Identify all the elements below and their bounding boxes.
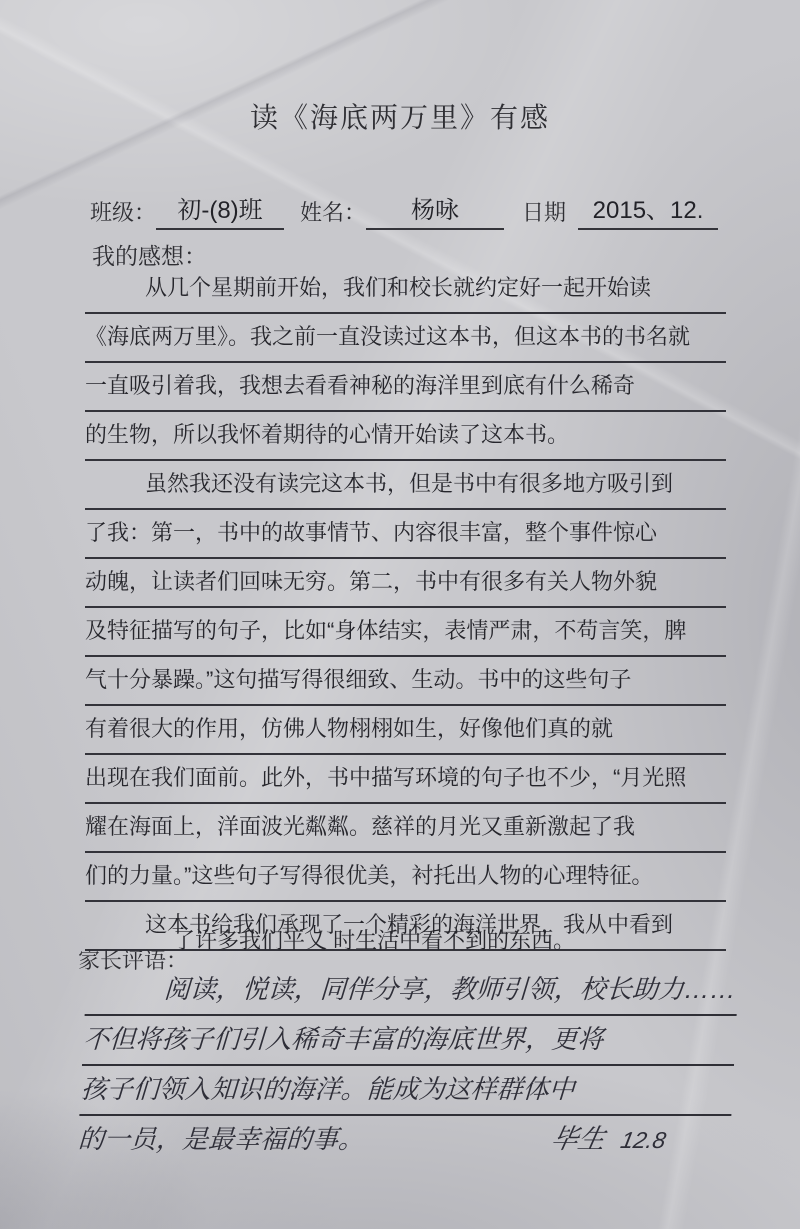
essay-line: 耀在海面上，洋面波光粼粼。慈祥的月光又重新激起了我 (85, 804, 726, 853)
essay-line: 及特征描写的句子，比如“身体结实，表情严肃，不苟言笑，脾 (85, 608, 726, 657)
parent-line: 不但将孩子们引入稀奇丰富的海底世界，更将 (82, 1016, 737, 1066)
header-meta-row: 班级： 初-(8)班 姓名： 杨咏 日期 2015、12. (90, 194, 730, 230)
parent-last-line: 的一员，是最幸福的事。 毕生 12.8 (77, 1116, 732, 1164)
essay-line: 了我：第一，书中的故事情节、内容很丰富，整个事件惊心 (85, 510, 726, 559)
class-label: 班级： (90, 196, 156, 230)
essay-line: 出现在我们面前。此外，书中描写环境的句子也不少，“月光照 (85, 755, 726, 804)
date-label: 日期 (522, 196, 566, 230)
essay-line: 《海底两万里》。我之前一直没读过这本书，但这本书的书名就 (85, 314, 726, 363)
class-value-handwritten: 初-(8)班 (156, 194, 284, 230)
essay-line: 从几个星期前开始，我们和校长就约定好一起开始读 (85, 265, 726, 314)
essay-line: 们的力量。”这些句子写得很优美，衬托出人物的心理特征。 (85, 853, 726, 902)
name-value-handwritten: 杨咏 (366, 194, 504, 230)
essay-line: 虽然我还没有读完这本书，但是书中有很多地方吸引到 (85, 461, 726, 510)
paper-photo: 读《海底两万里》有感 班级： 初-(8)班 姓名： 杨咏 日期 2015、12.… (0, 0, 800, 1229)
parent-signature-block: 毕生 12.8 (547, 1116, 671, 1163)
essay-line: 一直吸引着我，我想去看看神秘的海洋里到底有什么稀奇 (85, 363, 726, 412)
parent-line: 阅读，悦读，同伴分享，教师引领，校长助力…… (85, 966, 740, 1016)
essay-line: 有着很大的作用，仿佛人物栩栩如生，好像他们真的就 (85, 706, 726, 755)
essay-last-line: 了许多我们平乂 时生活中看不到的东西。 (173, 924, 575, 955)
parent-line: 孩子们领入知识的海洋。能成为这样群体中 (79, 1066, 734, 1116)
essay-line: 动魄，让读者们回味无穷。第二，书中有很多有关人物外貌 (85, 559, 726, 608)
essay-title: 读《海底两万里》有感 (0, 96, 800, 136)
name-label: 姓名： (300, 196, 366, 230)
essay-line: 的生物，所以我怀着期待的心情开始读了这本书。 (85, 412, 726, 461)
parent-line: 的一员，是最幸福的事。 (77, 1116, 365, 1162)
parent-signature-date: 12.8 (617, 1117, 671, 1163)
essay-line: 气十分暴躁。”这句描写得很细致、生动。书中的这些句子 (85, 657, 726, 706)
parent-signature: 毕生 (547, 1116, 610, 1162)
parent-comment: 阅读，悦读，同伴分享，教师引领，校长助力…… 不但将孩子们引入稀奇丰富的海底世界… (77, 966, 739, 1164)
essay-body: 从几个星期前开始，我们和校长就约定好一起开始读 《海底两万里》。我之前一直没读过… (85, 265, 726, 951)
date-value-handwritten: 2015、12. (578, 194, 718, 230)
